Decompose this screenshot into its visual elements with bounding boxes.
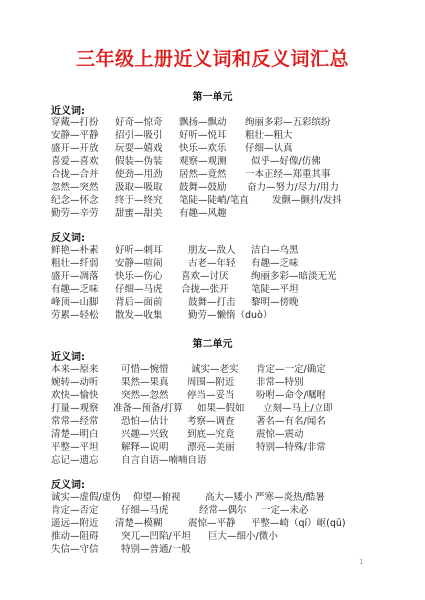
word-pair: 兴趣—兴致 <box>121 426 169 440</box>
word-pair: 周围—附近 <box>187 374 235 388</box>
word-pair: 笔陡—陡峭/笔直 <box>179 192 249 206</box>
word-pair: 果然—果真 <box>121 374 169 388</box>
word-pair: 肯定—一定/确定 <box>256 361 326 375</box>
word-pair: 特别—特殊/非常 <box>256 439 326 453</box>
word-pair: 鲜艳—朴素 <box>51 242 99 256</box>
word-pair: 似乎—好像/仿佛 <box>251 153 321 167</box>
word-pair: 快乐—伤心 <box>115 268 163 282</box>
word-pair: 合拢—合并 <box>51 166 99 180</box>
word-pair: 考察—调查 <box>187 413 235 427</box>
word-pair: 背后—面前 <box>115 294 163 308</box>
word-pair: 玩耍—嬉戏 <box>115 140 163 154</box>
word-pair: 忘记—遗忘 <box>51 452 99 466</box>
word-pair: 洁白—乌黑 <box>251 242 299 256</box>
word-pair: 劳累—轻松 <box>51 307 99 321</box>
word-pair: 如果—假如 <box>197 400 245 414</box>
word-pair: 散发—收集 <box>115 307 163 321</box>
word-pair: 肯定—否定 <box>51 502 99 516</box>
word-pair: 平整—平坦 <box>51 439 99 453</box>
word-pair: 本来—原来 <box>51 361 99 375</box>
word-pair: 特别—普通/一般 <box>121 541 191 555</box>
word-pair: 穿戴—打扮 <box>51 114 99 128</box>
word-pair: 非常—特别 <box>256 374 304 388</box>
word-pair: 绚丽多彩—五彩缤纷 <box>245 114 331 128</box>
word-pair: 有趣—乏味 <box>51 281 99 295</box>
word-pair: 好听—刺耳 <box>115 242 163 256</box>
word-pair: 严寒—炎热/酷暑 <box>255 489 325 503</box>
word-pair: 绚丽多彩—暗淡无光 <box>251 268 337 282</box>
word-pair: 常常—经常 <box>51 413 99 427</box>
word-pair: 快乐—欢乐 <box>179 140 227 154</box>
word-pair: 汲取—吸取 <box>115 179 163 193</box>
word-pair: 好听—悦耳 <box>179 127 227 141</box>
word-pair: 欢快—愉快 <box>51 387 99 401</box>
unit-1-title: 第一单元 <box>0 88 425 103</box>
word-pair: 发颤—颤抖/发抖 <box>272 192 342 206</box>
word-pair: 勤劳—辛劳 <box>51 205 99 219</box>
word-pair: 一定—未必 <box>261 502 309 516</box>
word-pair: 高大—矮小 <box>205 489 253 503</box>
word-pair: 纪念—怀念 <box>51 192 99 206</box>
word-pair: 清楚—明白 <box>51 426 99 440</box>
word-pair: 准备—预备/打算 <box>113 400 183 414</box>
word-pair: 古老—年轻 <box>188 255 236 269</box>
word-pair: 遥远—附近 <box>51 515 99 529</box>
word-pair: 合拢—张开 <box>181 281 229 295</box>
word-pair: 安静—喧闹 <box>115 255 163 269</box>
word-pair: 仔细—马虎 <box>121 502 169 516</box>
word-pair: 假装—伪装 <box>115 153 163 167</box>
word-pair: 震惊—震动 <box>256 426 304 440</box>
document-title: 三年级上册近义词和反义词汇总 <box>0 44 425 71</box>
word-pair: 盛开—凋落 <box>51 268 99 282</box>
word-pair: 观察—观测 <box>179 153 227 167</box>
word-pair: 飘扬—飘动 <box>179 114 227 128</box>
word-pair: 黎明—傍晚 <box>251 294 299 308</box>
word-pair: 勤劳—懒惰（duò） <box>188 307 272 321</box>
word-pair: 居然—竟然 <box>179 166 227 180</box>
word-pair: 喜爱—喜欢 <box>51 153 99 167</box>
word-pair: 清楚—模糊 <box>115 515 163 529</box>
word-pair: 打量—观察 <box>51 400 99 414</box>
word-pair: 巨大—细小/微小 <box>208 528 278 542</box>
word-pair: 甜蜜—甜美 <box>115 205 163 219</box>
word-pair: 有趣—乏味 <box>251 255 299 269</box>
word-pair: 诚实—老实 <box>191 361 239 375</box>
word-pair: 粗壮—粗大 <box>245 127 293 141</box>
word-pair: 突兀—凹陷/平坦 <box>121 528 191 542</box>
word-pair: 奋力—努力/尽力/用力 <box>247 179 339 193</box>
word-pair: 朋友—敌人 <box>188 242 236 256</box>
word-pair: 可惜—惋惜 <box>121 361 169 375</box>
word-pair: 粗壮—纤弱 <box>51 255 99 269</box>
word-pair: 漂亮—美丽 <box>187 439 235 453</box>
word-pair: 好奇—惊奇 <box>115 114 163 128</box>
word-pair: 仰望—俯视 <box>133 489 181 503</box>
word-pair: 解释—说明 <box>121 439 169 453</box>
word-pair: 失信—守信 <box>51 541 99 555</box>
word-pair: 到底—究竟 <box>187 426 235 440</box>
word-pair: 忽然—突然 <box>51 179 99 193</box>
word-pair: 鼓舞—打击 <box>188 294 236 308</box>
word-pair: 有趣—风趣 <box>179 205 227 219</box>
word-pair: 仔细—马虎 <box>115 281 163 295</box>
word-pair: 笔陡—平坦 <box>251 281 299 295</box>
word-pair: 经常—偶尔 <box>199 502 247 516</box>
word-pair: 安静—平静 <box>51 127 99 141</box>
word-pair: 突然—忽然 <box>121 387 169 401</box>
word-pair: 著名—有名/闻名 <box>256 413 326 427</box>
word-pair: 一本正经—郑重其事 <box>245 166 331 180</box>
word-pair: 鼓舞—鼓励 <box>179 179 227 193</box>
word-pair: 立刻—马上/立即 <box>263 400 333 414</box>
word-pair: 仔细—认真 <box>245 140 293 154</box>
word-pair: 使劲—用劲 <box>115 166 163 180</box>
word-pair: 盛开—开放 <box>51 140 99 154</box>
word-pair: 推动—阻碍 <box>51 528 99 542</box>
page-number: 1 <box>359 558 363 566</box>
word-pair: 招引—吸引 <box>115 127 163 141</box>
word-pair: 震惊—平静 <box>188 515 236 529</box>
word-pair: 峰顶—山脚 <box>51 294 99 308</box>
word-pair: 平整—崎（qí）岖(qū) <box>251 515 346 529</box>
word-pair: 吩咐—命令/嘱咐 <box>256 387 326 401</box>
word-pair: 喜欢—讨厌 <box>181 268 229 282</box>
word-pair: 恐怕—估计 <box>121 413 169 427</box>
word-pair: 诚实—虚假/虚伪 <box>51 489 121 503</box>
word-pair: 自言自语—喃喃自语 <box>121 452 207 466</box>
word-pair: 停当—妥当 <box>187 387 235 401</box>
word-pair: 终于—终究 <box>115 192 163 206</box>
word-pair: 婉转—动听 <box>51 374 99 388</box>
